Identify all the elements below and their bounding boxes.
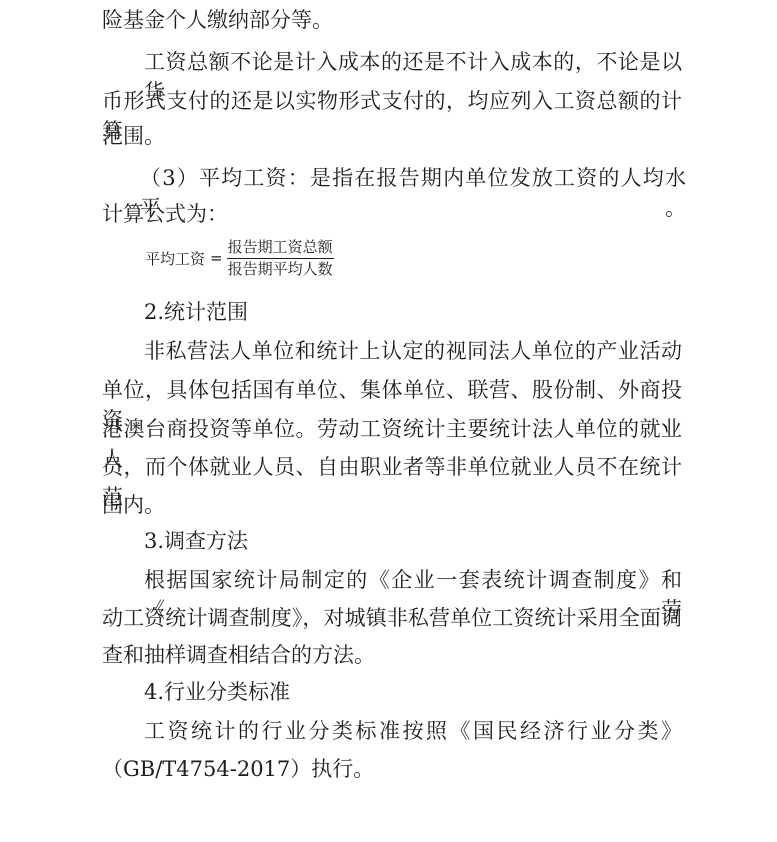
- formula-fraction-bar: [227, 258, 334, 259]
- formula-lhs: 平均工资: [145, 248, 205, 269]
- section-2-line-5: 围内。: [102, 490, 682, 520]
- section-2-line-2: 单位，具体包括国有单位、集体单位、联营、股份制、外商投资、: [102, 375, 682, 405]
- section-4-heading: 4.行业分类标准: [144, 677, 290, 707]
- paragraph-total-wage-line-2: 币形式支付的还是以实物形式支付的，均应列入工资总额的计算: [102, 86, 682, 116]
- section-4-line-2: （GB/T4754-2017）执行。: [102, 754, 682, 784]
- formula-numerator: 报告期工资总额: [227, 238, 334, 257]
- section-2-line-4: 员，而个体就业人员、自由职业者等非单位就业人员不在统计范: [102, 452, 682, 482]
- section-3-line-1: 根据国家统计局制定的《企业一套表统计调查制度》和《劳: [144, 565, 682, 595]
- paragraph-continuation-line: 险基金个人缴纳部分等。: [102, 5, 682, 35]
- section-4-line-1: 工资统计的行业分类标准按照《国民经济行业分类》: [144, 716, 682, 746]
- formula-equals-sign: =: [210, 249, 223, 267]
- paragraph-average-wage-line-1: （3）平均工资：是指在报告期内单位发放工资的人均水平。: [140, 163, 686, 193]
- paragraph-average-wage-line-2: 计算公式为：: [102, 199, 682, 229]
- section-3-heading: 3.调查方法: [144, 526, 248, 556]
- section-2-line-3: 港澳台商投资等单位。劳动工资统计主要统计法人单位的就业人: [102, 414, 682, 444]
- formula-denominator: 报告期平均人数: [227, 260, 334, 279]
- formula-fraction: 报告期工资总额 报告期平均人数: [227, 238, 334, 279]
- document-page: 险基金个人缴纳部分等。 工资总额不论是计入成本的还是不计入成本的，不论是以货 币…: [0, 0, 777, 842]
- section-3-line-2: 动工资统计调查制度》，对城镇非私营单位工资统计采用全面调: [102, 603, 682, 633]
- section-3-line-3: 查和抽样调查相结合的方法。: [102, 640, 682, 670]
- paragraph-total-wage-line-1: 工资总额不论是计入成本的还是不计入成本的，不论是以货: [144, 47, 682, 77]
- paragraph-total-wage-line-3: 范围。: [102, 121, 682, 151]
- section-2-heading: 2.统计范围: [144, 297, 248, 327]
- average-wage-formula: 平均工资 = 报告期工资总额 报告期平均人数: [145, 236, 334, 280]
- section-2-line-1: 非私营法人单位和统计上认定的视同法人单位的产业活动: [144, 336, 682, 366]
